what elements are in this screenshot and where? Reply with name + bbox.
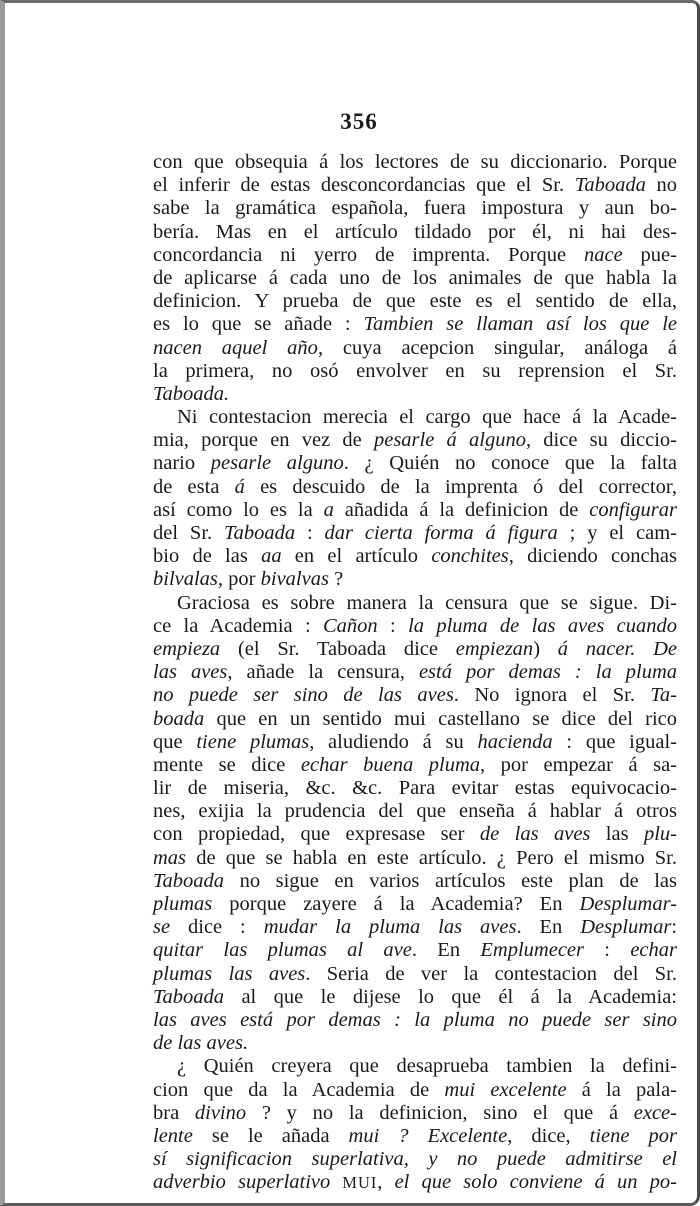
text-segment: definicion. Y prueba de que este es el s… — [153, 290, 677, 312]
italic-text: pesarle á alguno — [374, 429, 526, 451]
text-line: del Sr. Taboada : dar cierta forma á fig… — [153, 522, 677, 545]
text-segment: de que se habla en este artículo. ¿ Pero… — [186, 847, 677, 869]
text-segment: cion que da la Academia de — [153, 1079, 444, 1101]
text-line: bio de las aa en el artículo conchites, … — [153, 545, 677, 568]
text-line: las aves, añade la censura, está por dem… — [153, 661, 677, 684]
italic-text: á nacer. De — [558, 638, 677, 660]
text-line: empieza (el Sr. Taboada dice empiezan) á… — [153, 638, 677, 661]
text-segment: á la pala- — [567, 1079, 677, 1101]
text-line: de las aves. — [153, 1032, 677, 1055]
text-line: lir de miseria, &c. &c. Para evitar esta… — [153, 777, 677, 800]
italic-text: Taboada — [224, 522, 295, 544]
text-segment: lir de miseria, &c. &c. Para evitar esta… — [153, 777, 677, 799]
text-segment: de aplicarse á cada uno de los animales … — [153, 267, 677, 289]
text-segment: pue- — [623, 244, 677, 266]
italic-text: Taboada — [575, 174, 646, 196]
text-segment: nes, exijia la prudencia del que enseña … — [153, 800, 677, 822]
text-segment: de esta — [153, 476, 235, 498]
text-line: Ni contestacion merecia el cargo que hac… — [153, 406, 677, 429]
text-segment: , por empezar á sa- — [480, 754, 677, 776]
text-line: con que obsequia á los lectores de su di… — [153, 151, 677, 174]
text-line: mia, porque en vez de pesarle á alguno, … — [153, 429, 677, 452]
italic-text: nacen aquel año — [153, 337, 318, 359]
text-segment: porque zayere á la Academia? En — [212, 893, 579, 915]
text-segment: dice : — [170, 916, 264, 938]
text-segment: es lo que se añade : — [153, 313, 364, 335]
text-segment: el inferir de estas desconcordancias que… — [153, 174, 575, 196]
italic-text: plu- — [644, 823, 677, 845]
italic-text: está por demas : la pluma — [419, 661, 677, 683]
text-segment: mente se dice — [153, 754, 301, 776]
text-segment: las — [590, 823, 644, 845]
text-segment: , dice su diccio- — [526, 429, 677, 451]
italic-text: Taboada — [153, 986, 224, 1008]
text-line: ¿ Quién creyera que desaprueba tambien l… — [153, 1055, 677, 1078]
text-segment: , por — [218, 568, 261, 590]
text-segment: se le añada — [193, 1125, 349, 1147]
italic-text: nace — [584, 244, 623, 266]
text-line: quitar las plumas al ave. En Emplumecer … — [153, 939, 677, 962]
page-number: 356 — [5, 109, 700, 135]
italic-text: Desplumar- — [579, 893, 677, 915]
text-line: concordancia ni yerro de imprenta. Porqu… — [153, 244, 677, 267]
italic-text: Tambien se llaman así los que le — [364, 313, 677, 335]
text-segment: Ni contestacion merecia el cargo que hac… — [177, 406, 677, 428]
text-segment: la primera, no osó envolver en su repren… — [153, 360, 677, 382]
text-segment: añadida á la definicion de — [334, 499, 589, 521]
italic-text: bivalvas — [261, 568, 329, 590]
text-segment: . En — [412, 939, 481, 961]
text-segment: . ¿ Quién no conoce que la falta — [344, 452, 677, 474]
italic-text: sí significacion superlativa, y no puede… — [153, 1148, 677, 1170]
body-text: con que obsequia á los lectores de su di… — [153, 151, 677, 1194]
text-segment: concordancia ni yerro de imprenta. Porqu… — [153, 244, 584, 266]
text-line: que tiene plumas, aludiendo á su haciend… — [153, 731, 677, 754]
italic-text: las aves está por demas : la pluma no pu… — [153, 1009, 677, 1031]
text-segment: . No ignora el Sr. — [454, 684, 651, 706]
text-segment: , diciendo conchas — [509, 545, 677, 567]
text-segment: que — [153, 731, 196, 753]
italic-text: divino — [195, 1102, 246, 1124]
italic-text: de las aves — [480, 823, 591, 845]
text-segment: del Sr. — [153, 522, 224, 544]
text-line: Taboada. — [153, 383, 677, 406]
italic-text: el que solo conviene á un po- — [395, 1171, 677, 1193]
text-line: bilvalas, por bivalvas ? — [153, 568, 677, 591]
text-line: se dice : mudar la pluma las aves. En De… — [153, 916, 677, 939]
text-segment: con propiedad, que expresase ser — [153, 823, 480, 845]
italic-text: no puede ser sino de las aves — [153, 684, 454, 706]
text-segment: nario — [153, 452, 211, 474]
text-line: de esta á es descuido de la imprenta ó d… — [153, 476, 677, 499]
text-segment: , cuya acepcion singular, análoga á — [318, 337, 677, 359]
italic-text: la pluma de las aves cuando — [408, 615, 677, 637]
italic-text: Desplumar — [580, 916, 671, 938]
text-segment: bio de las — [153, 545, 261, 567]
italic-text: Cañon — [323, 615, 378, 637]
italic-text: dar cierta forma á figura — [325, 522, 558, 544]
italic-text: configurar — [589, 499, 677, 521]
italic-text: Taboada. — [153, 383, 229, 405]
text-line: Taboada no sigue en varios artículos est… — [153, 870, 677, 893]
text-line: bería. Mas en el artículo tildado por él… — [153, 221, 677, 244]
text-line: cion que da la Academia de mui excelente… — [153, 1079, 677, 1102]
text-line: sabe la gramática española, fuera impost… — [153, 197, 677, 220]
text-line: plumas las aves. Seria de ver la contest… — [153, 963, 677, 986]
text-segment: ¿ Quién creyera que desaprueba tambien l… — [177, 1055, 677, 1077]
text-segment: ) — [533, 638, 558, 660]
italic-text: empieza — [153, 638, 220, 660]
italic-text: tiene por — [590, 1125, 677, 1147]
text-segment: con que obsequia á los lectores de su di… — [153, 151, 677, 173]
text-line: nario pesarle alguno. ¿ Quién no conoce … — [153, 452, 677, 475]
text-line: boada que en un sentido mui castellano s… — [153, 708, 677, 731]
text-line: ce la Academia : Cañon : la pluma de las… — [153, 615, 677, 638]
italic-text: mudar la pluma las aves — [264, 916, 517, 938]
text-segment: al que le dijese lo que él á la Academia… — [224, 986, 677, 1008]
text-line: mente se dice echar buena pluma, por emp… — [153, 754, 677, 777]
text-line: la primera, no osó envolver en su repren… — [153, 360, 677, 383]
text-line: mas de que se habla en este artículo. ¿ … — [153, 847, 677, 870]
italic-text: mas — [153, 847, 186, 869]
italic-text: las aves — [153, 661, 227, 683]
text-line: bra divino ? y no la definicion, sino el… — [153, 1102, 677, 1125]
text-segment: es descuido de la imprenta ó del correct… — [245, 476, 677, 498]
text-line: el inferir de estas desconcordancias que… — [153, 174, 677, 197]
text-line: plumas porque zayere á la Academia? En D… — [153, 893, 677, 916]
scanned-page: 356 con que obsequia á los lectores de s… — [0, 0, 700, 1206]
italic-text: lente — [153, 1125, 193, 1147]
text-line: Taboada al que le dijese lo que él á la … — [153, 986, 677, 1009]
italic-text: quitar las plumas al ave — [153, 939, 412, 961]
italic-text: plumas — [153, 893, 212, 915]
text-segment: ce la Academia : — [153, 615, 323, 637]
text-line: de aplicarse á cada uno de los animales … — [153, 267, 677, 290]
italic-text: bilvalas — [153, 568, 218, 590]
text-segment: ; y el cam- — [558, 522, 677, 544]
text-line: con propiedad, que expresase ser de las … — [153, 823, 677, 846]
text-segment: que en un sentido mui castellano se dice… — [204, 708, 677, 730]
text-segment: bra — [153, 1102, 195, 1124]
text-line: así como lo es la a añadida á la definic… — [153, 499, 677, 522]
italic-text: echar buena pluma — [301, 754, 480, 776]
text-segment: mia, porque en vez de — [153, 429, 374, 451]
italic-text: Emplumecer — [480, 939, 584, 961]
text-segment: bería. Mas en el artículo tildado por él… — [153, 221, 677, 243]
italic-text: empiezan — [456, 638, 533, 660]
text-segment: sabe la gramática española, fuera impost… — [153, 197, 677, 219]
italic-text: echar — [630, 939, 677, 961]
text-segment: Graciosa es sobre manera la censura que … — [177, 592, 677, 614]
italic-text: a — [324, 499, 334, 521]
text-segment: (el Sr. Taboada dice — [220, 638, 456, 660]
italic-text: adverbio superlativo — [153, 1171, 342, 1193]
italic-text: conchites — [431, 545, 508, 567]
text-line: Graciosa es sobre manera la censura que … — [153, 592, 677, 615]
text-line: es lo que se añade : Tambien se llaman a… — [153, 313, 677, 336]
italic-text: hacienda — [477, 731, 552, 753]
text-segment: : — [671, 916, 677, 938]
text-segment: MUI — [342, 1173, 377, 1192]
italic-text: exce- — [634, 1102, 677, 1124]
text-line: nes, exijia la prudencia del que enseña … — [153, 800, 677, 823]
italic-text: tiene plumas — [196, 731, 309, 753]
text-segment: , — [377, 1171, 394, 1193]
text-line: sí significacion superlativa, y no puede… — [153, 1148, 677, 1171]
italic-text: boada — [153, 708, 204, 730]
text-segment: . En — [516, 916, 580, 938]
text-line: nacen aquel año, cuya acepcion singular,… — [153, 337, 677, 360]
text-segment: : — [295, 522, 324, 544]
italic-text: de las aves. — [153, 1032, 248, 1054]
text-line: definicion. Y prueba de que este es el s… — [153, 290, 677, 313]
text-line: lente se le añada mui ? Excelente, dice,… — [153, 1125, 677, 1148]
text-line: las aves está por demas : la pluma no pu… — [153, 1009, 677, 1032]
text-segment: : que igual- — [553, 731, 677, 753]
text-segment: en el artículo — [282, 545, 432, 567]
text-segment: ? y no la definicion, sino el que á — [246, 1102, 634, 1124]
italic-text: pesarle alguno — [211, 452, 344, 474]
text-line: adverbio superlativo MUI, el que solo co… — [153, 1171, 677, 1194]
text-line: no puede ser sino de las aves. No ignora… — [153, 684, 677, 707]
text-segment: , dice, — [507, 1125, 589, 1147]
italic-text: Taboada — [153, 870, 224, 892]
italic-text: Ta- — [650, 684, 677, 706]
text-segment: . Seria de ver la contestacion del Sr. — [305, 963, 677, 985]
italic-text: plumas las aves — [153, 963, 305, 985]
text-segment: así como lo es la — [153, 499, 324, 521]
text-segment: , añade la censura, — [227, 661, 419, 683]
text-segment: ? — [329, 568, 343, 590]
text-segment: no sigue en varios artículos este plan d… — [224, 870, 677, 892]
text-segment: no — [646, 174, 677, 196]
text-segment: , aludiendo á su — [309, 731, 477, 753]
text-segment: : — [378, 615, 408, 637]
italic-text: á — [235, 476, 245, 498]
italic-text: aa — [261, 545, 282, 567]
italic-text: mui excelente — [444, 1079, 566, 1101]
italic-text: se — [153, 916, 170, 938]
italic-text: mui ? Excelente — [349, 1125, 508, 1147]
text-segment: : — [584, 939, 630, 961]
